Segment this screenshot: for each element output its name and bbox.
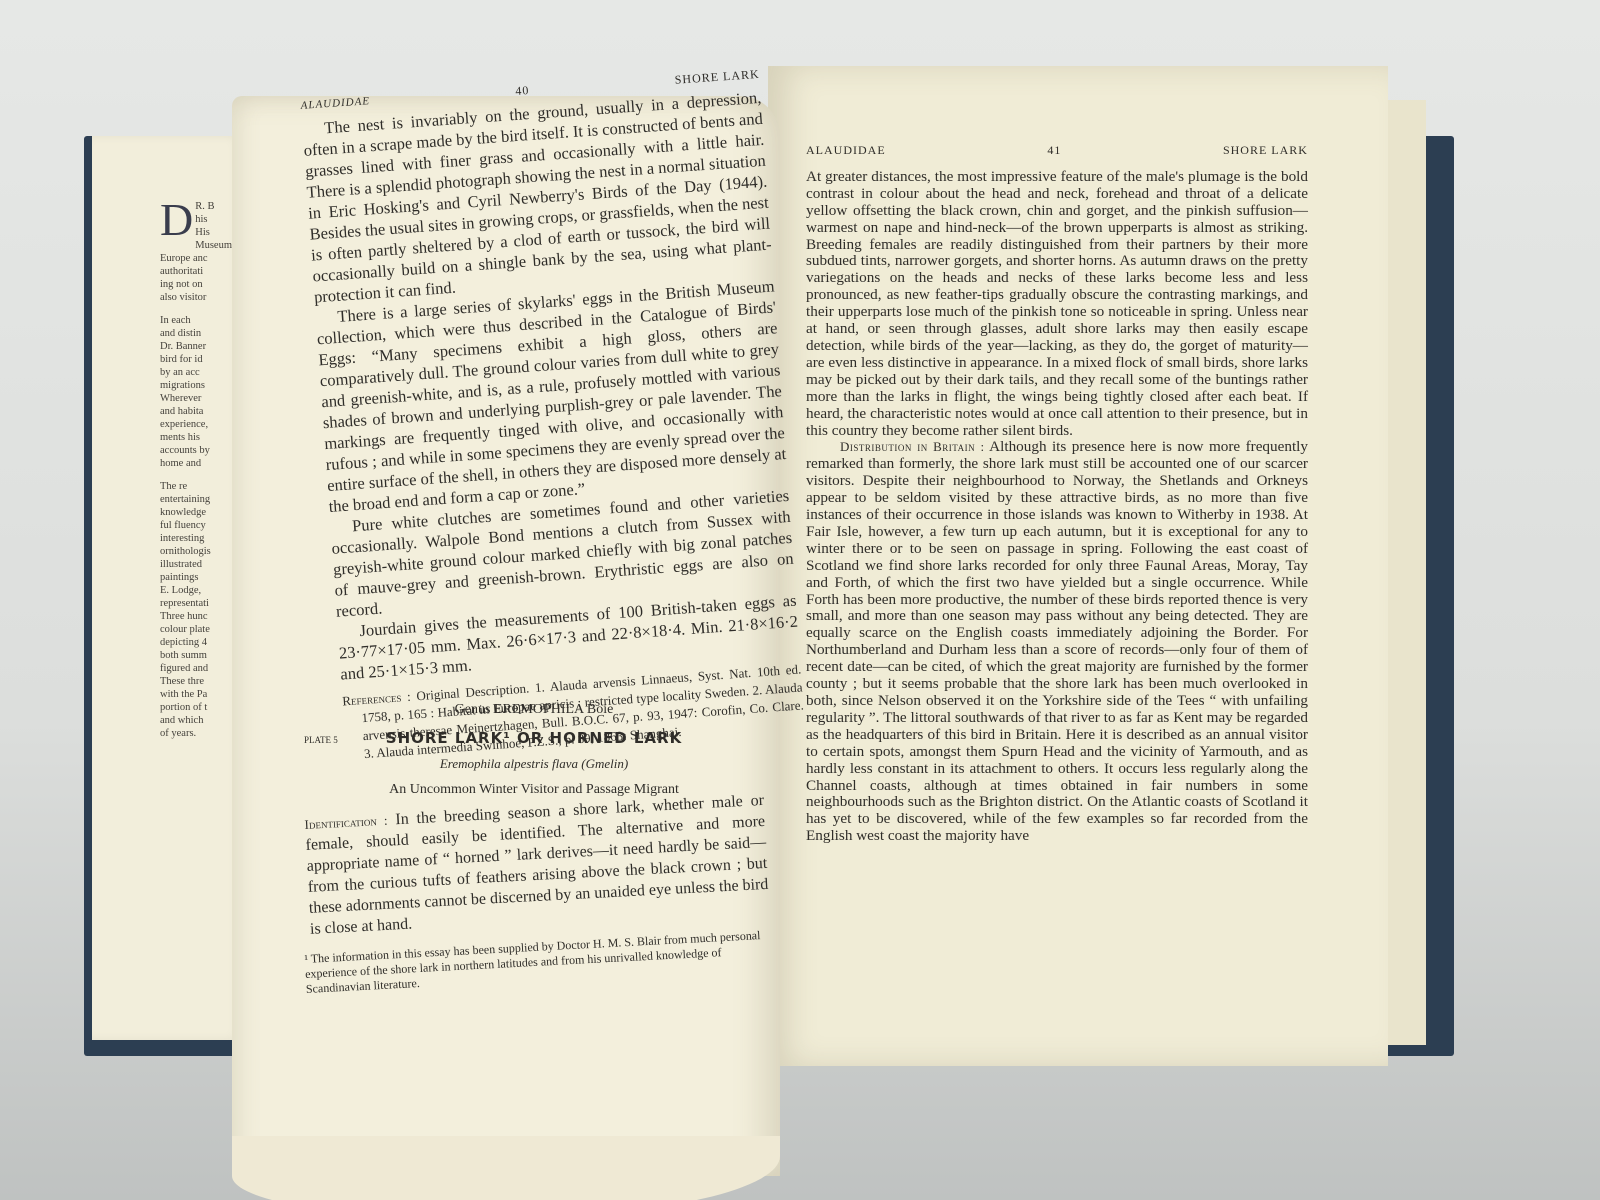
identification: Identification : In the breeding season … (304, 790, 770, 940)
under-page-text: D R. B his His Museum Europe anc authori… (160, 200, 240, 750)
left-page-body: ALAUDIDAE 40 SHORE LARK The nest is inva… (300, 64, 806, 764)
species-title-row: PLATE 5 SHORE LARK¹ OR HORNED LARK (304, 728, 764, 748)
plate-label: PLATE 5 (304, 730, 338, 750)
under-page-para-2: In each and distin Dr. Banner bird for i… (160, 314, 240, 470)
page-edges (1388, 100, 1426, 1045)
identification-label: Identification : (304, 813, 388, 832)
scientific-name: Eremophila alpestris flava (Gmelin) (304, 754, 764, 774)
species-title: SHORE LARK¹ OR HORNED LARK (386, 729, 682, 747)
distribution-label: Distribution in Britain : (840, 439, 985, 454)
page-number: 41 (1047, 142, 1061, 159)
distribution-text: Although its presence here is now more f… (806, 438, 1308, 844)
footnote: ¹ The information in this essay has been… (304, 928, 766, 997)
dropcap: D (160, 200, 193, 240)
running-head-family: ALAUDIDAE (300, 91, 371, 117)
genus-line: Genus EREMOPHILA Boie (304, 700, 764, 720)
paragraph-nest: The nest is invariably on the ground, us… (302, 87, 774, 308)
right-page-header: ALAUDIDAE 41 SHORE LARK (806, 142, 1308, 159)
running-head-title: SHORE LARK (1223, 142, 1308, 159)
page-number: 40 (515, 80, 530, 102)
paragraph-eggs: There is a large series of skylarks' egg… (315, 275, 789, 517)
running-head-family: ALAUDIDAE (806, 142, 886, 159)
species-section: Genus EREMOPHILA Boie PLATE 5 SHORE LARK… (304, 700, 764, 997)
under-page-left: D R. B his His Museum Europe anc authori… (92, 136, 242, 1040)
right-page-body: ALAUDIDAE 41 SHORE LARK At greater dista… (806, 142, 1308, 845)
under-page-para-3: The re entertaining knowledge ful fluenc… (160, 480, 240, 740)
paragraph-distribution: Distribution in Britain : Although its p… (806, 439, 1308, 845)
paragraph-plumage: At greater distances, the most impressiv… (806, 169, 1308, 440)
